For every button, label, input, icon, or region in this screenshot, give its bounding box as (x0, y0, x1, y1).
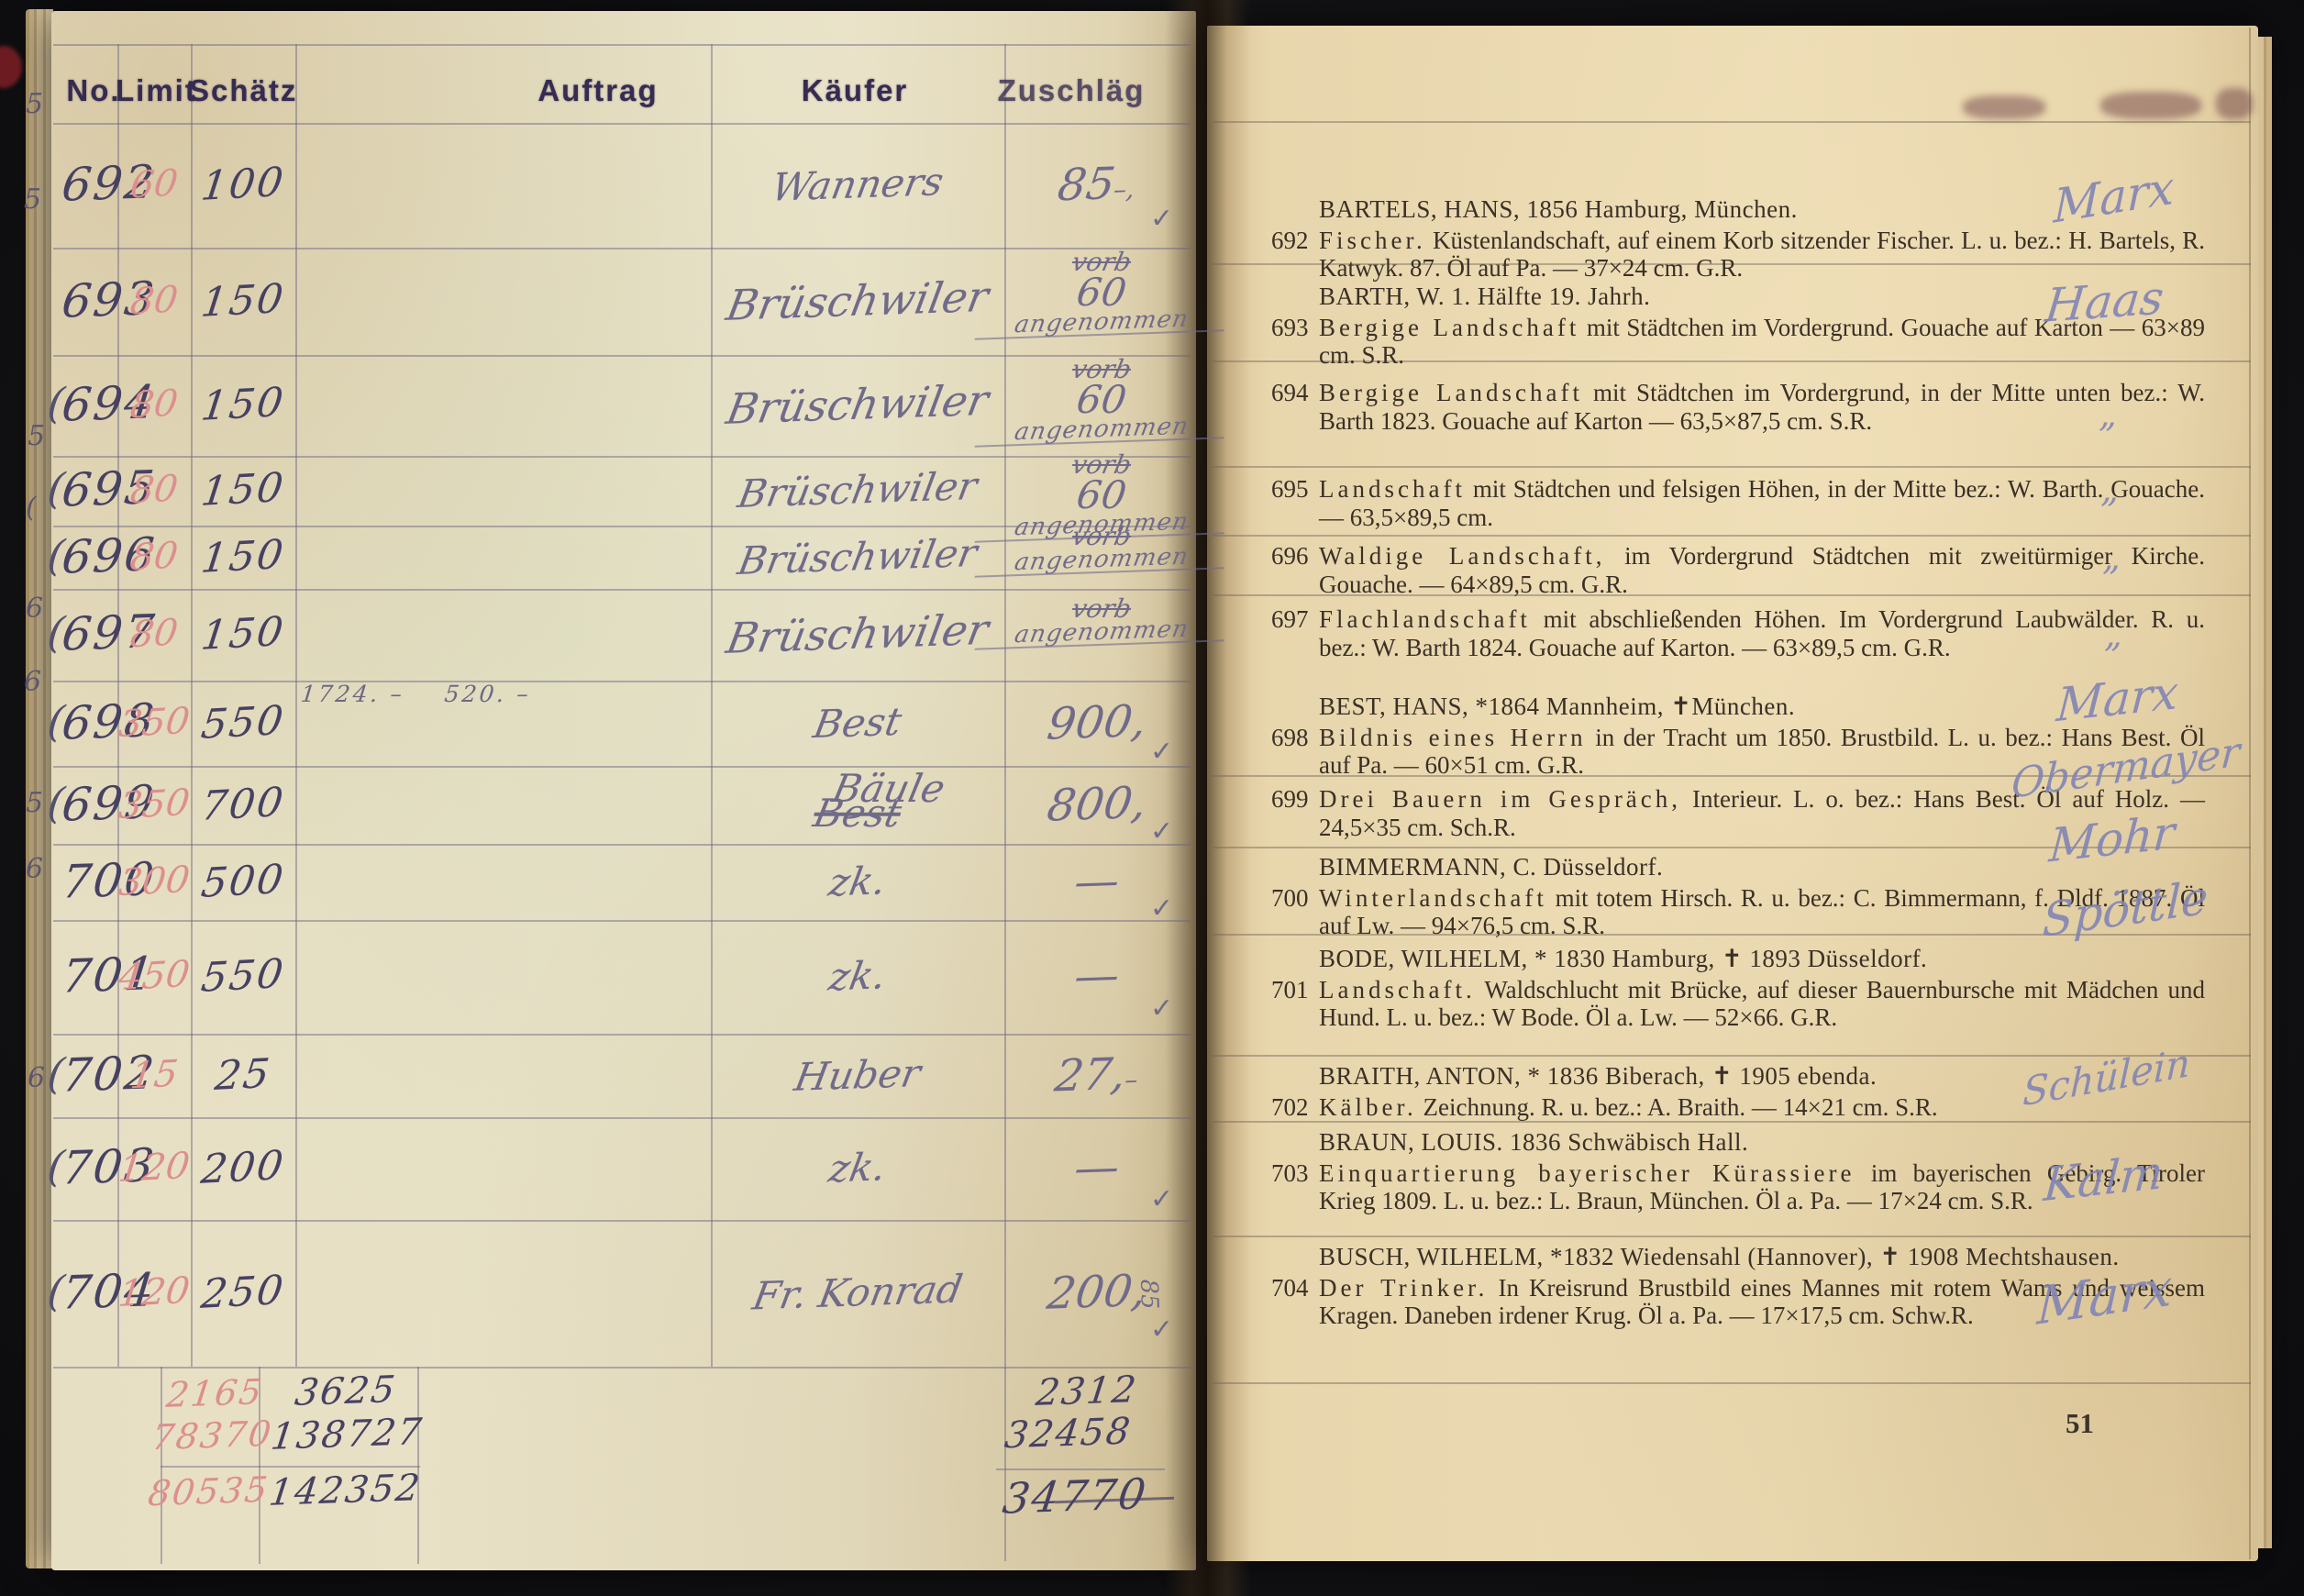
buyer-name: Huber (706, 1047, 1010, 1102)
buyer-name: Brüschwiler (706, 528, 1010, 583)
hammer-price: — (964, 946, 1229, 1006)
hammer-note: vorbangenommen (978, 596, 1225, 646)
lot-number: 699 (1271, 785, 1319, 814)
buyer-name: Wanners (706, 157, 1010, 212)
estimate-carryover: 138727 (269, 1411, 426, 1458)
edge-digit: ( (26, 492, 37, 524)
rule-line (53, 44, 1191, 46)
edge-digit: 5 (28, 420, 45, 452)
hammer-note: vorb60angenommen (978, 357, 1225, 443)
hammer-subtotal: 2312 (1034, 1369, 1140, 1414)
ink-offset-stain (2100, 92, 2201, 119)
estimate-value: 25 (171, 1047, 315, 1102)
limit-grand-total: 80535 (146, 1469, 271, 1514)
hammer-price: 27,– (964, 1045, 1229, 1105)
estimate-value: 250 (171, 1266, 315, 1320)
catalog-entry-694: 694Bergige Landschaft mit Städtchen im V… (1286, 379, 2205, 435)
hammer-note: vorbangenommen (978, 524, 1225, 573)
buyer-name: zk. (706, 948, 1010, 1003)
catalog-entry-701: BODE, WILHELM, * 1830 Hamburg, ✝ 1893 Dü… (1286, 945, 2205, 1032)
hammer-price: 900, (964, 693, 1229, 753)
margin-ditto-697: „ (2104, 615, 2122, 655)
edge-digit: 5 (24, 183, 41, 216)
header-kaeufer: Käufer (781, 73, 928, 108)
column-line (161, 1367, 162, 1564)
check-mark: ✓ (1150, 992, 1173, 1025)
header-limit: Limit (116, 73, 194, 108)
edge-note: 85 (1135, 1279, 1163, 1310)
artist-name: BRAUN, LOUIS. 1836 Schwäbisch Hall. (1319, 1128, 2205, 1157)
edge-digit: 5 (26, 787, 43, 819)
scanned-auction-ledger-spread: No. Limit Schätz Auftrag Käufer Zuschläg… (0, 0, 2304, 1596)
ledger-row-701: 701 450 550 zk. — ✓ (51, 920, 1196, 1034)
ledger-row-699: ( 699 350 700 BäuleBest 800, ✓ (51, 766, 1196, 844)
estimate-value: 500 (171, 854, 315, 908)
catalog-entry-697: 697Flachlandschaft mit abschließenden Hö… (1286, 605, 2205, 661)
ledger-row-698: ( 698 350 550 1724. – 520. – Best 900, ✓ (51, 681, 1196, 766)
artist-name: BUSCH, WILHELM, *1832 Wiedensahl (Hannov… (1319, 1243, 2205, 1271)
hammer-price: 200, (964, 1262, 1229, 1323)
lot-number: 695 (1271, 475, 1319, 504)
buyer-name: zk. (706, 853, 1010, 908)
edge-digit: 6 (24, 666, 41, 698)
header-zuschlag: Zuschläg (961, 73, 1181, 108)
buyer-name: zk. (706, 1140, 1010, 1195)
right-page-edge-stack (2258, 37, 2272, 1548)
lot-number: 701 (1271, 976, 1319, 1004)
estimate-value: 150 (171, 273, 315, 327)
rule-line (1213, 1236, 2251, 1237)
rule-line (1213, 535, 2251, 537)
ledger-row-704: ( 704 120 250 Fr. Konrad 200, ✓ (51, 1220, 1196, 1367)
hammer-price: — (964, 851, 1229, 912)
ledger-row-702: ( 702 15 25 Huber 27,– (51, 1034, 1196, 1117)
ledger-row-700: 700 300 500 zk. — ✓ (51, 844, 1196, 920)
margin-ditto-695: „ (2100, 470, 2119, 510)
catalog-entry-696: 696Waldige Landschaft, im Vordergrund St… (1286, 542, 2205, 598)
margin-ditto-694: „ (2099, 394, 2117, 435)
ledger-row-694: ( 694 80 150 Brüschwiler vorb60angenomme… (51, 355, 1196, 456)
margin-ditto-696: „ (2102, 538, 2121, 578)
check-mark: ✓ (1150, 203, 1173, 235)
edge-digit: 6 (26, 853, 43, 885)
estimate-value: 150 (171, 529, 315, 583)
edge-digit: 5 (26, 88, 43, 120)
estimate-value: 550 (171, 949, 315, 1003)
estimate-value: 700 (171, 777, 315, 831)
header-auftrag: Auftrag (506, 73, 690, 108)
estimate-value: 200 (171, 1141, 315, 1195)
ledger-row-693: 693 80 150 Brüschwiler vorb60angenommen (51, 248, 1196, 355)
buyer-name: Brüschwiler (705, 604, 1010, 663)
estimate-subtotal: 3625 (293, 1369, 399, 1414)
lot-number: 697 (1271, 605, 1319, 634)
check-mark: ✓ (1150, 1313, 1173, 1346)
rule-line (1213, 1121, 2251, 1123)
estimate-value: 100 (171, 158, 315, 212)
estimate-grand-total: 142352 (267, 1467, 424, 1514)
rule-line (1213, 466, 2251, 468)
header-schaetz: Schätz (189, 73, 297, 108)
rule-line (1213, 1382, 2251, 1384)
lot-number: 694 (1271, 379, 1319, 407)
margin-buyer-693: Haas (2043, 271, 2166, 333)
hammer-price: 85–, (964, 154, 1229, 215)
hammer-note: vorb60angenommen (978, 249, 1225, 336)
hammer-grand-total: 34770 (1000, 1469, 1150, 1523)
limit-carryover: 78370 (150, 1413, 275, 1458)
sum-line (161, 1466, 420, 1468)
lot-number: 696 (1271, 542, 1319, 571)
auftrag-note: 1724. – 520. – (299, 681, 532, 707)
margin-line (2249, 28, 2251, 1559)
edge-digit: 6 (26, 593, 43, 625)
ledger-row-703: ( 703 120 200 zk. — ✓ (51, 1117, 1196, 1220)
ledger-row-696: ( 696 80 150 Brüschwiler vorbangenommen (51, 526, 1196, 589)
rule-line (53, 1367, 1191, 1369)
buyer-name: Brüschwiler (705, 374, 1010, 434)
estimate-value: 150 (171, 378, 315, 432)
hammer-carryover: 32458 (1002, 1411, 1135, 1457)
hammer-price: — (964, 1137, 1229, 1198)
ledger-row-697: ( 697 80 150 Brüschwiler vorbangenommen (51, 589, 1196, 681)
ink-offset-stain (2216, 88, 2253, 119)
ledger-row-692: 692 60 100 Wanners 85–, ✓ (51, 123, 1196, 248)
red-stamp-fragment (0, 46, 22, 88)
buyer-name: Best (706, 694, 1010, 749)
lot-number: 704 (1271, 1274, 1319, 1302)
hammer-price: 800, (964, 774, 1229, 835)
estimate-value: 150 (171, 463, 315, 517)
buyer-name: Brüschwiler (706, 462, 1010, 517)
buyer-name: Brüschwiler (705, 271, 1010, 330)
buyer-name: BäuleBest (711, 759, 1004, 835)
lot-number: 692 (1271, 227, 1319, 255)
lot-number: 702 (1271, 1093, 1319, 1122)
artist-name: BODE, WILHELM, * 1830 Hamburg, ✝ 1893 Dü… (1319, 945, 2205, 973)
estimate-value: 150 (171, 607, 315, 661)
estimate-value: 550 (171, 695, 315, 749)
rule-line (1213, 121, 2251, 123)
lot-number: 698 (1271, 724, 1319, 752)
check-mark: ✓ (1150, 736, 1173, 768)
check-mark: ✓ (1150, 1183, 1173, 1215)
lot-number: 700 (1271, 884, 1319, 913)
column-line (417, 1367, 419, 1564)
ink-offset-stain (1963, 95, 2045, 119)
lot-number: 703 (1271, 1159, 1319, 1188)
catalog-entry-695: 695Landschaft mit Städtchen und felsigen… (1286, 475, 2205, 531)
edge-digit: 6 (28, 1062, 45, 1094)
limit-subtotal: 2165 (164, 1371, 266, 1415)
buyer-name: Fr. Konrad (706, 1265, 1010, 1320)
lot-number: 693 (1271, 314, 1319, 342)
ledger-row-695: ( 695 80 150 Brüschwiler vorb60angenomme… (51, 456, 1196, 526)
page-number: 51 (2066, 1407, 2094, 1440)
